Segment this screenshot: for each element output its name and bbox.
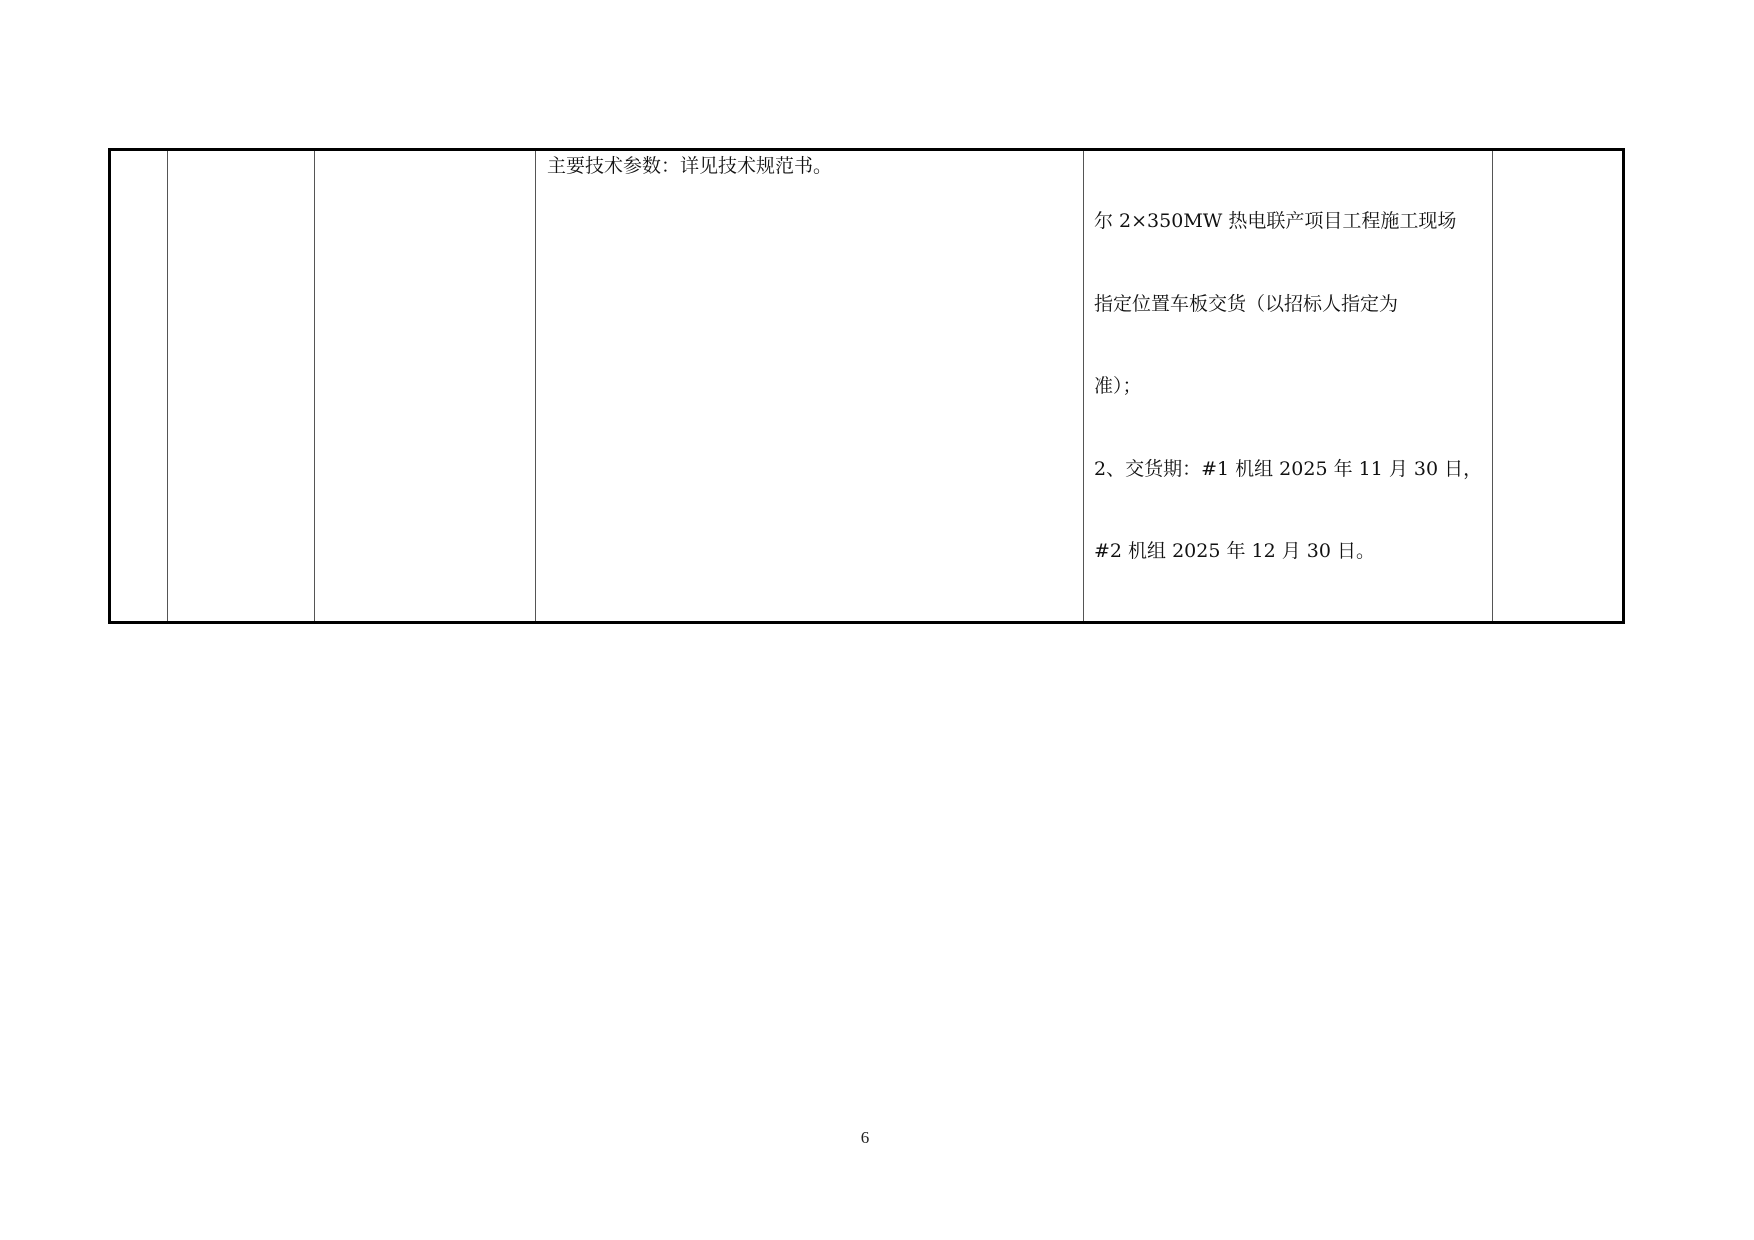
procurement-table: 主要技术参数：详见技术规范书。 尔 2×350MW 热电联产项目工程施工现场 指… <box>108 148 1625 624</box>
technical-requirements-text: 主要技术参数：详见技术规范书。 <box>536 151 1083 181</box>
cell-remarks <box>1493 150 1624 623</box>
delivery-line: 准）； <box>1094 373 1484 401</box>
page-number: 6 <box>0 1128 1730 1148</box>
delivery-line: 指定位置车板交货（以招标人指定为 <box>1094 291 1484 319</box>
delivery-line: 尔 2×350MW 热电联产项目工程施工现场 <box>1094 208 1484 236</box>
cell-index <box>110 150 168 623</box>
table-row: 主要技术参数：详见技术规范书。 尔 2×350MW 热电联产项目工程施工现场 指… <box>110 150 1624 623</box>
document-page: 主要技术参数：详见技术规范书。 尔 2×350MW 热电联产项目工程施工现场 指… <box>0 0 1754 1240</box>
delivery-line: #2 机组 2025 年 12 月 30 日。 <box>1094 538 1484 566</box>
cell-technical-requirements: 主要技术参数：详见技术规范书。 <box>536 150 1084 623</box>
cell-name <box>168 150 315 623</box>
cell-model <box>315 150 536 623</box>
delivery-line: 2、交货期：#1 机组 2025 年 11 月 30 日， <box>1094 456 1484 484</box>
cell-delivery: 尔 2×350MW 热电联产项目工程施工现场 指定位置车板交货（以招标人指定为 … <box>1084 150 1493 623</box>
delivery-text: 尔 2×350MW 热电联产项目工程施工现场 指定位置车板交货（以招标人指定为 … <box>1084 151 1492 621</box>
